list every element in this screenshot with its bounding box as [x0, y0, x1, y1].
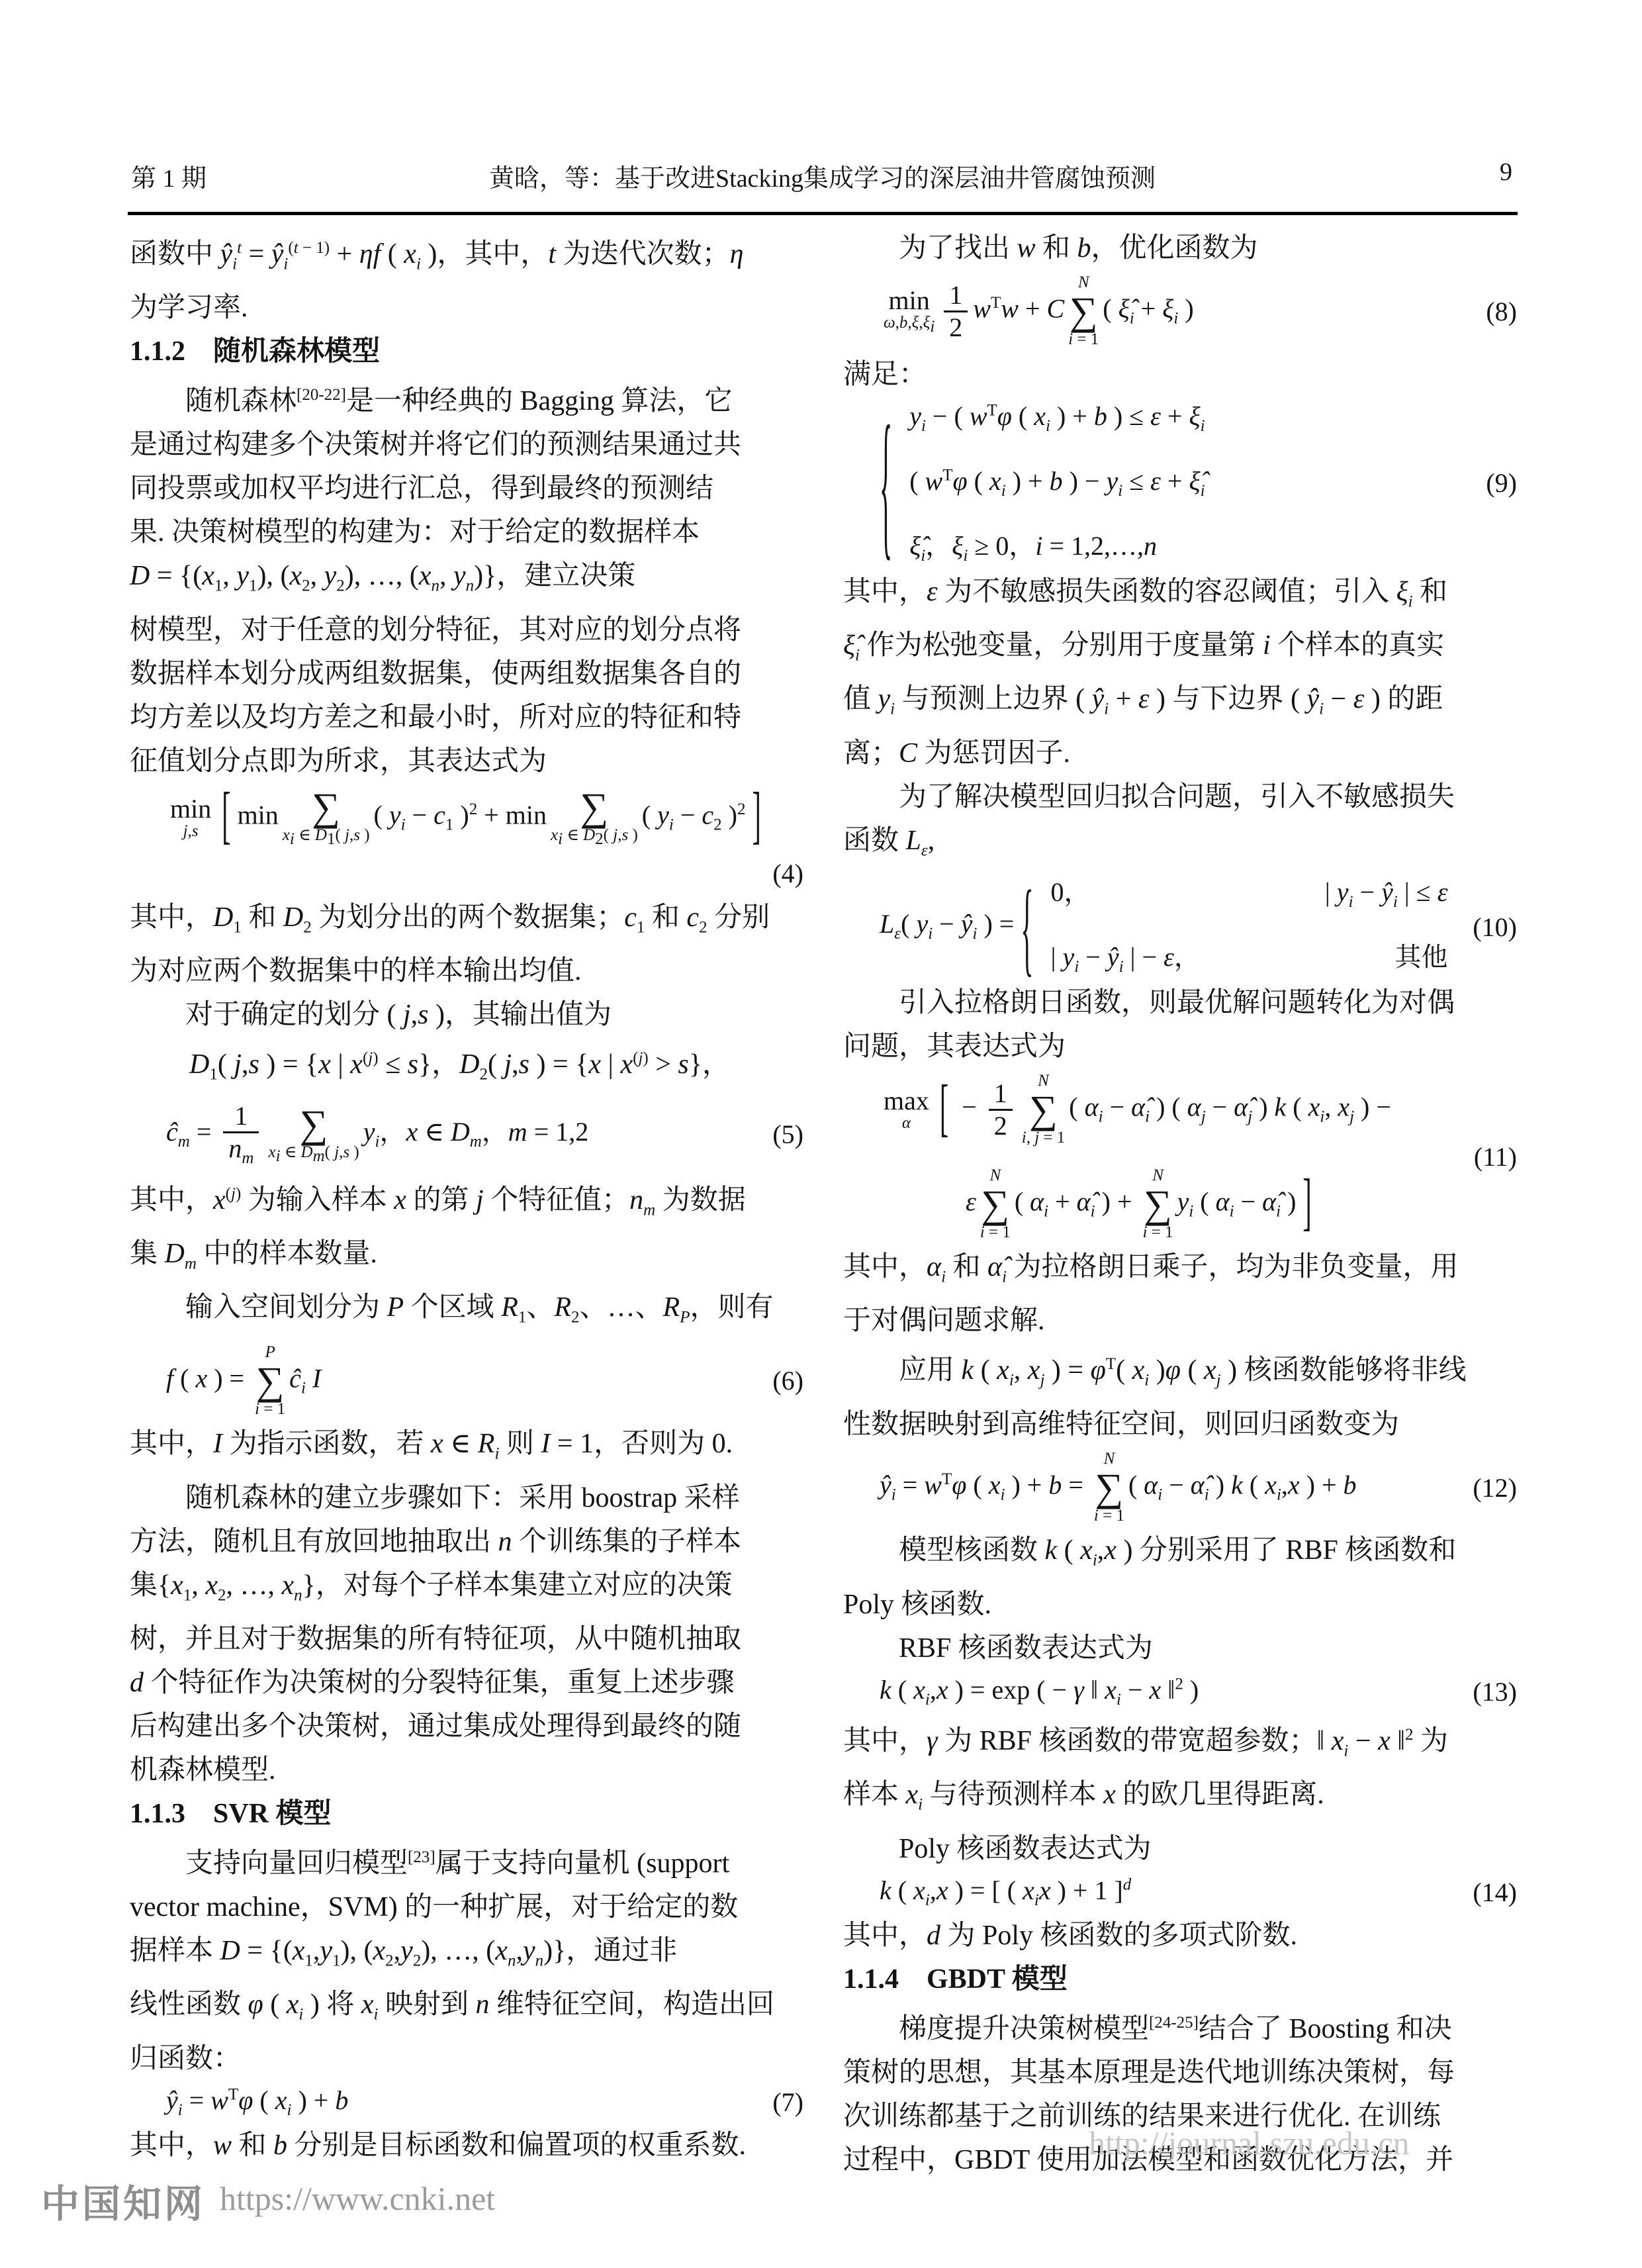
- paragraph-line: 后构建出多个决策树，通过集成处理得到最终的随: [130, 1705, 803, 1748]
- formula: k ( xi,x ) = exp ( − γ ‖ xi − x ‖2 ): [843, 1674, 1467, 1709]
- paragraph-line: 样本 xi 与待预测样本 x 的欧几里得距离.: [843, 1773, 1517, 1826]
- equation: k ( xi,x ) = exp ( − γ ‖ xi − x ‖2 )(13): [843, 1674, 1517, 1709]
- paragraph-line: 其中，x(j) 为输入样本 x 的第 j 个特征值；nm 为数据: [130, 1172, 803, 1232]
- left-column: 函数中 ŷit = ŷi(t − 1) + ηf ( xi )，其中，t 为迭代…: [130, 226, 803, 2182]
- formula: minj,s[min∑xi ∈ D1( j,s )( yi − c1 )2 + …: [130, 787, 803, 848]
- paragraph-line: 函数 Lε,: [843, 819, 1517, 873]
- watermark-journal-url: http://journal.szu.edu.cn: [1089, 2124, 1410, 2162]
- equation-number: (5): [767, 1119, 803, 1150]
- formula: maxα[ − 12N∑i, j = 1( αi − α̂i ) ( αj − …: [843, 1072, 1469, 1241]
- watermark-cnki-url: https://www.cnki.net: [220, 2179, 495, 2218]
- paragraph-line: 数据样本划分成两组数据集，使两组数据集各自的: [130, 652, 803, 696]
- paragraph-line: 同投票或加权平均进行汇总，得到最终的预测结: [130, 467, 803, 510]
- paragraph-first-line: 模型核函数 k ( xi,x ) 分别采用了 RBF 核函数和: [843, 1529, 1517, 1582]
- two-column-body: 函数中 ŷit = ŷi(t − 1) + ηf ( xi )，其中，t 为迭代…: [130, 226, 1517, 2182]
- paragraph-first-line: 应用 k ( xi, xj ) = φT( xi )φ ( xj ) 核函数能够…: [843, 1343, 1517, 1402]
- paragraph-first-line: 随机森林[20-22]是一种经典的 Bagging 算法，它: [130, 373, 803, 423]
- equation: f ( x ) = P∑i = 1ĉi I(6): [130, 1344, 803, 1419]
- formula: Lε( yi − ŷi ) = {0，| yi − ŷi | ≤ ε| yi −…: [843, 876, 1467, 977]
- equation-number: (6): [767, 1365, 803, 1396]
- equation-number: (10): [1467, 912, 1517, 943]
- paragraph-line: 集{x1, x2, …, xn}，对每个子样本集建立对应的决策: [130, 1564, 803, 1617]
- paragraph-line: 征值划分点即为所求，其表达式为: [130, 739, 803, 783]
- equation: Lε( yi − ŷi ) = {0，| yi − ŷi | ≤ ε| yi −…: [843, 876, 1517, 977]
- paragraph-line: 于对偶问题求解.: [843, 1299, 1517, 1343]
- paragraph-line: Poly 核函数.: [843, 1583, 1517, 1627]
- paragraph-line: 树模型，对于任意的划分特征，其对应的划分点将: [130, 608, 803, 652]
- header-page-number: 9: [1500, 158, 1512, 187]
- equation-number: (11): [1469, 1141, 1517, 1172]
- paragraph-line: 其中，γ 为 RBF 核函数的带宽超参数；‖ xi − x ‖2 为: [843, 1713, 1517, 1773]
- page-header: 第 1 期 黄晗，等：基于改进Stacking集成学习的深层油井管腐蚀预测 9: [130, 158, 1515, 192]
- equation: {yi − ( wTφ ( xi ) + b ) ≤ ε + ξi( wTφ (…: [843, 401, 1517, 566]
- paragraph-line: 集 Dm 中的样本数量.: [130, 1232, 803, 1286]
- paragraph-line: 其中，d 为 Poly 核函数的多项式阶数.: [843, 1914, 1517, 1958]
- paragraph-line: 归函数：: [130, 2037, 803, 2081]
- formula: ŷi = wTφ ( xi ) + b = N∑i = 1( αi − α̂i …: [843, 1450, 1467, 1525]
- paragraph-line: 其中，D1 和 D2 为划分出的两个数据集；c1 和 c2 分别: [130, 896, 803, 949]
- paragraph-first-line: 为了找出 w 和 b，优化函数为: [843, 226, 1517, 270]
- paragraph-line: 树，并且对于数据集的所有特征项，从中随机抽取: [130, 1617, 803, 1661]
- equation-number: (8): [1481, 296, 1517, 327]
- paragraph-line: 问题，其表达式为: [843, 1025, 1517, 1068]
- formula: {yi − ( wTφ ( xi ) + b ) ≤ ε + ξi( wTφ (…: [843, 401, 1481, 566]
- equation: maxα[ − 12N∑i, j = 1( αi − α̂i ) ( αj − …: [843, 1072, 1517, 1241]
- page: 第 1 期 黄晗，等：基于改进Stacking集成学习的深层油井管腐蚀预测 9 …: [0, 0, 1642, 2268]
- paragraph-first-line: 引入拉格朗日函数，则最优解问题转化为对偶: [843, 981, 1517, 1025]
- paragraph-first-line: 输入空间划分为 P 个区域 R1、R2、…、RP，则有: [130, 1286, 803, 1339]
- paragraph-line: 其中，αi 和 α̂i 为拉格朗日乘子，均为非负变量，用: [843, 1245, 1517, 1299]
- equation-number: (13): [1467, 1676, 1517, 1707]
- equation: minω,b,ξ,ξi12wTw + CN∑i = 1( ξ̂i + ξi )(…: [843, 274, 1517, 349]
- paragraph-line: ξ̂i 作为松弛变量，分别用于度量第 i 个样本的真实: [843, 624, 1517, 677]
- equation: minj,s[min∑xi ∈ D1( j,s )( yi − c1 )2 + …: [130, 787, 803, 848]
- paragraph-line: 其中，I 为指示函数，若 x ∈ Ri 则 I = 1，否则为 0.: [130, 1422, 803, 1476]
- paragraph-line: vector machine，SVM) 的一种扩展，对于给定的数: [130, 1885, 803, 1929]
- paragraph-line: 为学习率.: [130, 286, 803, 330]
- paragraph-first-line: 梯度提升决策树模型[24-25]结合了 Boosting 和决: [843, 2001, 1517, 2051]
- header-rule: [128, 212, 1518, 215]
- equation-number: (14): [1467, 1877, 1517, 1908]
- formula: k ( xi,x ) = [ ( xix ) + 1 ]d: [843, 1875, 1467, 1910]
- equation-number: (4): [130, 852, 803, 896]
- paragraph-line: 据样本 D = {(x1,y1), (x2,y2), …, (xn,yn)}，通…: [130, 1929, 803, 1983]
- formula: ŷi = wTφ ( xi ) + b: [130, 2085, 767, 2120]
- paragraph-line: d 个特征作为决策树的分裂特征集，重复上述步骤: [130, 1661, 803, 1705]
- equation: ŷi = wTφ ( xi ) + b = N∑i = 1( αi − α̂i …: [843, 1450, 1517, 1525]
- paragraph-line: 线性函数 φ ( xi ) 将 xi 映射到 n 维特征空间，构造出回: [130, 1983, 803, 2036]
- paragraph-line: D = {(x1, y1), (x2, y2), …, (xn, yn)}，建立…: [130, 554, 803, 608]
- section-heading: 1.1.4 GBDT 模型: [843, 1958, 1517, 2001]
- right-column: 为了找出 w 和 b，优化函数为minω,b,ξ,ξi12wTw + CN∑i …: [843, 226, 1517, 2182]
- paragraph-line: 函数中 ŷit = ŷi(t − 1) + ηf ( xi )，其中，t 为迭代…: [130, 226, 803, 286]
- paragraph-first-line: 随机森林的建立步骤如下：采用 boostrap 采样: [130, 1476, 803, 1520]
- equation: ŷi = wTφ ( xi ) + b(7): [130, 2085, 803, 2120]
- formula-line: D1( j,s ) = {x | x(j) ≤ s}，D2( j,s ) = {…: [130, 1037, 803, 1096]
- section-heading: 1.1.3 SVR 模型: [130, 1792, 803, 1836]
- equation-number: (7): [767, 2087, 803, 2118]
- paragraph-first-line: RBF 核函数表达式为: [843, 1627, 1517, 1670]
- formula: ĉm = 1nm∑xi ∈ Dm( j,s )yi，x ∈ Dm，m = 1,2: [130, 1101, 767, 1168]
- paragraph-line: 方法，随机且有放回地抽取出 n 个训练集的子样本: [130, 1520, 803, 1564]
- paragraph-line: 值 yi 与预测上边界 ( ŷi + ε ) 与下边界 ( ŷi − ε ) 的…: [843, 677, 1517, 731]
- paragraph-line: 机森林模型.: [130, 1748, 803, 1792]
- paragraph-first-line: 为了解决模型回归拟合问题，引入不敏感损失: [843, 775, 1517, 819]
- paragraph-line: 满足：: [843, 353, 1517, 397]
- watermark-cnki-logo: 中国知网: [41, 2173, 205, 2228]
- formula: f ( x ) = P∑i = 1ĉi I: [130, 1344, 767, 1419]
- paragraph-line: 策树的思想，其基本原理是迭代地训练决策树，每: [843, 2051, 1517, 2095]
- paragraph-line: 其中，ε 为不敏感损失函数的容忍阈值；引入 ξi 和: [843, 570, 1517, 624]
- equation-number: (9): [1481, 467, 1517, 498]
- section-heading: 1.1.2 随机森林模型: [130, 330, 803, 373]
- paragraph-first-line: 支持向量回归模型[23]属于支持向量机 (support: [130, 1836, 803, 1885]
- paragraph-first-line: Poly 核函数表达式为: [843, 1827, 1517, 1871]
- paragraph-line: 其中，w 和 b 分别是目标函数和偏置项的权重系数.: [130, 2124, 803, 2167]
- paragraph-line: 离；C 为惩罚因子.: [843, 732, 1517, 775]
- equation-number: (12): [1467, 1472, 1517, 1503]
- paragraph-line: 性数据映射到高维特征空间，则回归函数变为: [843, 1403, 1517, 1446]
- header-running-title: 黄晗，等：基于改进Stacking集成学习的深层油井管腐蚀预测: [130, 158, 1515, 194]
- paragraph-line: 果. 决策树模型的构建为：对于给定的数据样本: [130, 510, 803, 554]
- paragraph-line: 为对应两个数据集中的样本输出均值.: [130, 949, 803, 993]
- paragraph-first-line: 对于确定的划分 ( j,s )，其输出值为: [130, 993, 803, 1037]
- equation: ĉm = 1nm∑xi ∈ Dm( j,s )yi，x ∈ Dm，m = 1,2…: [130, 1101, 803, 1168]
- paragraph-line: 均方差以及均方差之和最小时，所对应的特征和特: [130, 696, 803, 739]
- equation: k ( xi,x ) = [ ( xix ) + 1 ]d(14): [843, 1875, 1517, 1910]
- formula: minω,b,ξ,ξi12wTw + CN∑i = 1( ξ̂i + ξi ): [843, 274, 1481, 349]
- paragraph-line: 是通过构建多个决策树并将它们的预测结果通过共: [130, 423, 803, 467]
